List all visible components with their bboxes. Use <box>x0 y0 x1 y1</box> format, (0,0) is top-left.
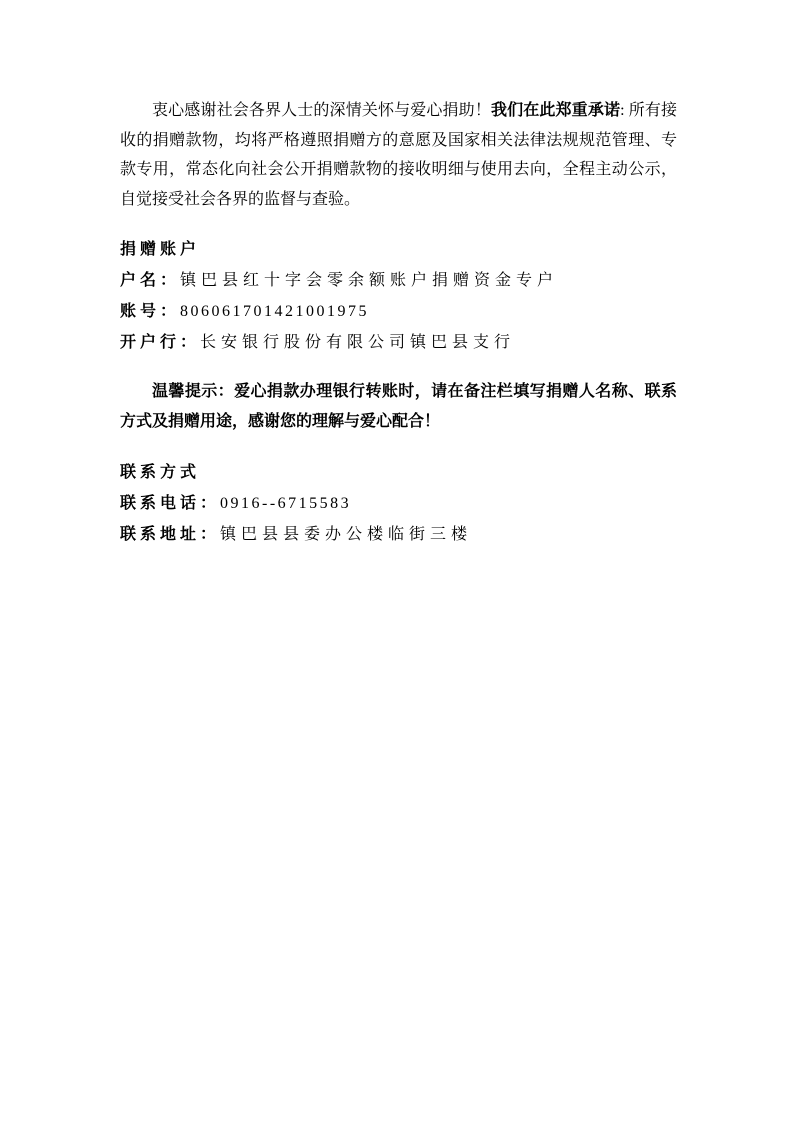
contact-address-value: 镇巴县县委办公楼临街三楼 <box>220 526 472 543</box>
intro-paragraph: 衷心感谢社会各界人士的深情关怀与爱心捐助！我们在此郑重承诺: 所有接收的捐赠款物… <box>120 96 677 214</box>
intro-text-before: 衷心感谢社会各界人士的深情关怀与爱心捐助！ <box>152 102 491 119</box>
bank-branch-row: 开户行：长安银行股份有限公司镇巴县支行 <box>120 327 677 358</box>
contact-section: 联系方式 联系电话：0916--6715583 联系地址：镇巴县县委办公楼临街三… <box>120 457 677 550</box>
contact-phone-value: 0916--6715583 <box>220 495 351 512</box>
account-name-value: 镇巴县红十字会零余额账户捐赠资金专户 <box>180 272 558 289</box>
contact-address-row: 联系地址：镇巴县县委办公楼临街三楼 <box>120 519 677 550</box>
intro-bold-promise: 我们在此郑重承诺 <box>491 102 620 119</box>
document-page: 衷心感谢社会各界人士的深情关怀与爱心捐助！我们在此郑重承诺: 所有接收的捐赠款物… <box>0 0 793 1122</box>
bank-branch-label: 开户行： <box>120 334 200 351</box>
contact-heading: 联系方式 <box>120 457 677 488</box>
donation-account-section: 捐赠账户 户名：镇巴县红十字会零余额账户捐赠资金专户 账号：8060617014… <box>120 234 677 358</box>
account-name-label: 户名： <box>120 272 180 289</box>
contact-phone-label: 联系电话： <box>120 495 220 512</box>
intro-colon: : <box>620 102 629 119</box>
account-name-row: 户名：镇巴县红十字会零余额账户捐赠资金专户 <box>120 265 677 296</box>
contact-phone-row: 联系电话：0916--6715583 <box>120 488 677 519</box>
account-number-row: 账号：806061701421001975 <box>120 296 677 327</box>
bank-branch-value: 长安银行股份有限公司镇巴县支行 <box>200 334 515 351</box>
tip-paragraph: 温馨提示：爱心捐款办理银行转账时，请在备注栏填写捐赠人名称、联系方式及捐赠用途，… <box>120 377 677 437</box>
account-number-value: 806061701421001975 <box>180 303 369 320</box>
donation-account-heading: 捐赠账户 <box>120 234 677 265</box>
contact-address-label: 联系地址： <box>120 526 220 543</box>
account-number-label: 账号： <box>120 303 180 320</box>
